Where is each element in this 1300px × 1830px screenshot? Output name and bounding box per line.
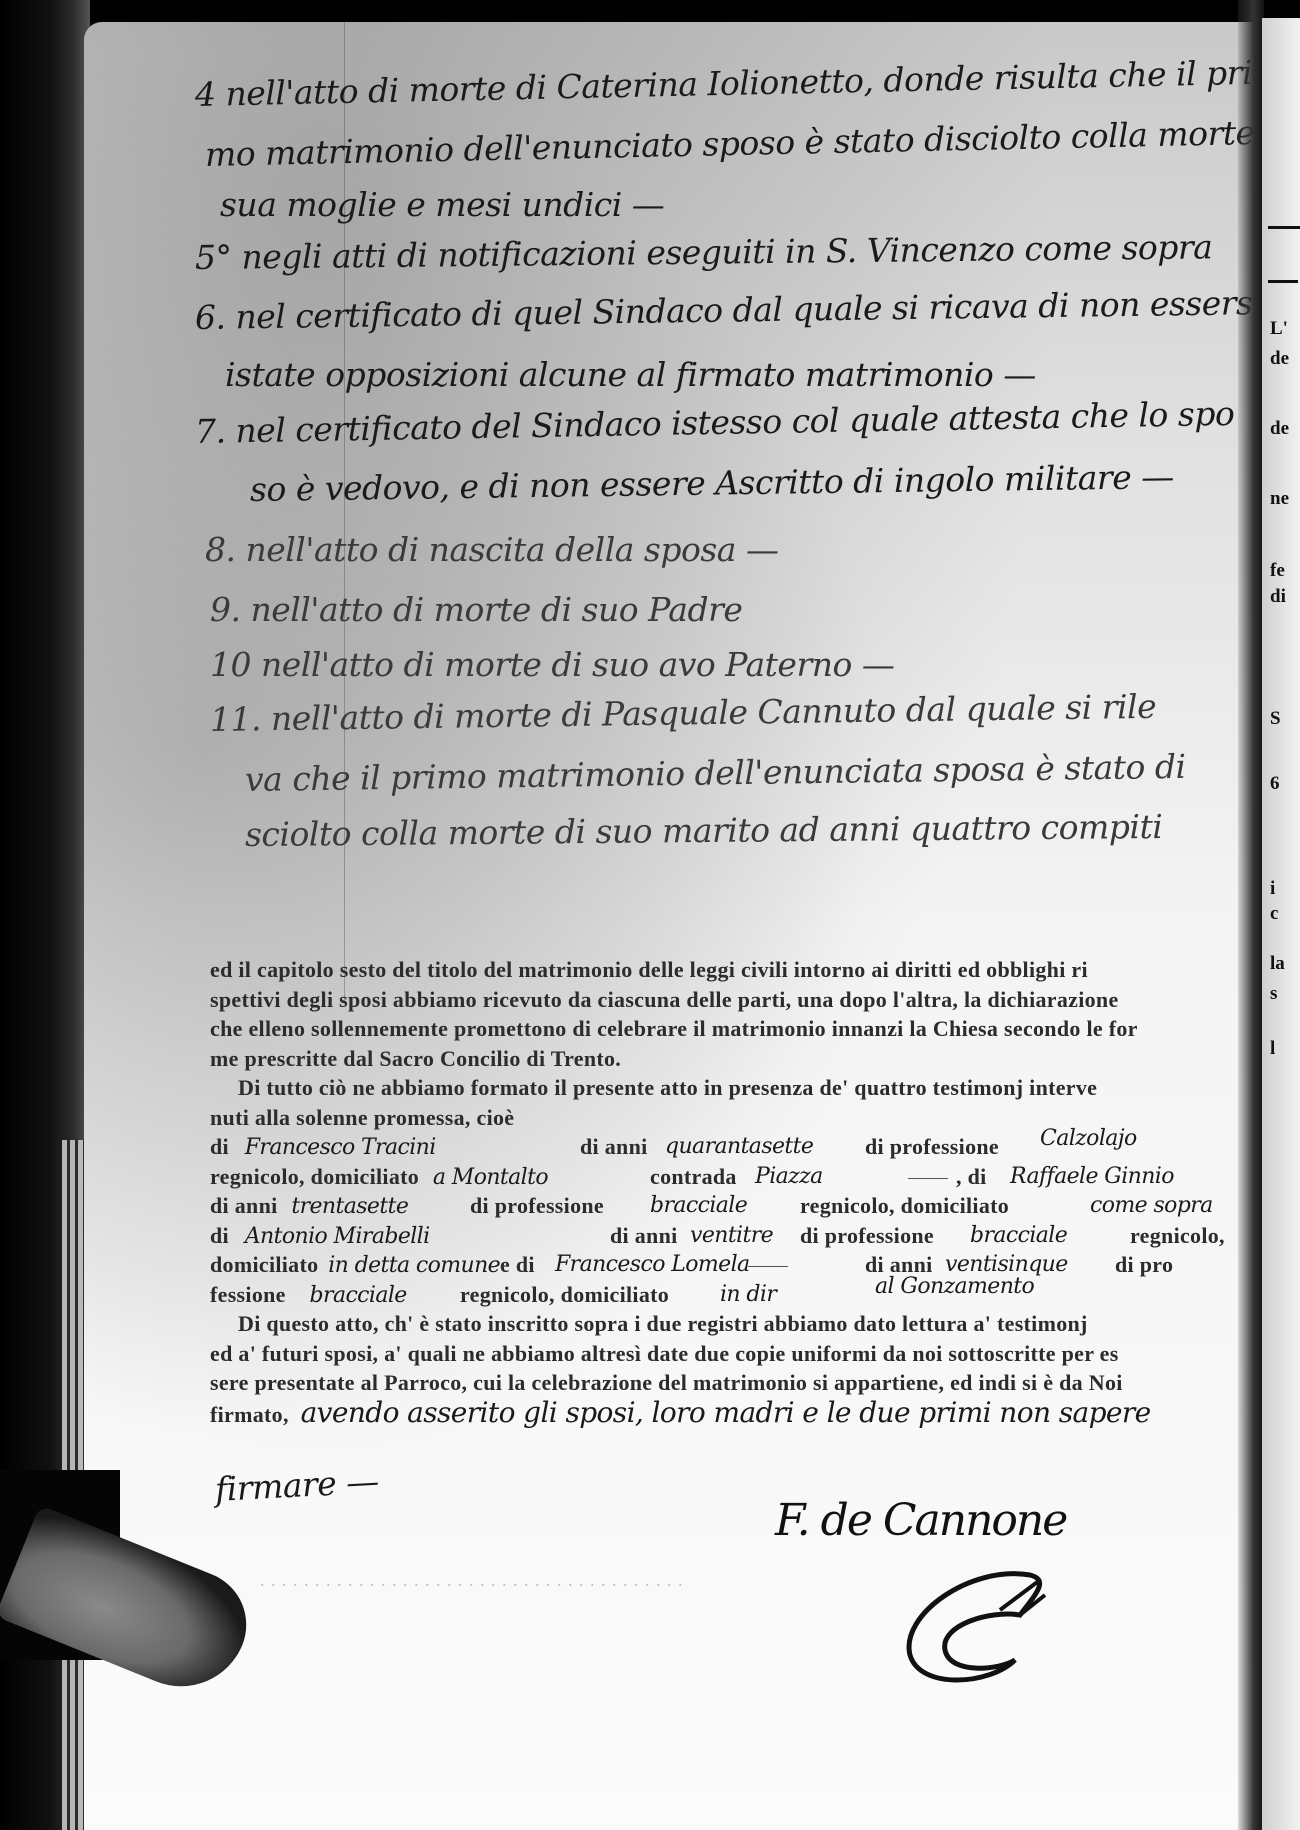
adjacent-page: L' de de ne fe di S 6 i c la s l — [1262, 18, 1300, 1830]
adjacent-fragment: L' — [1270, 318, 1288, 340]
witness-3-age: ventitre — [690, 1221, 773, 1251]
witness-4-name: Francesco Lomela — [555, 1250, 750, 1280]
printed-line-4: me prescritte dal Sacro Concilio di Tren… — [210, 1044, 1250, 1074]
bleed-through-text: . . . . . . . . . . . . . . . . . . . . … — [260, 1570, 684, 1591]
witness-2-profession: bracciale — [650, 1191, 747, 1221]
printed-line-5: Di tutto ciò ne abbiamo formato il prese… — [210, 1073, 1250, 1103]
witness-1-domicile: a Montalto — [433, 1165, 548, 1190]
closing-line-4: firmato, avendo asserito gli sposi, loro… — [210, 1398, 1250, 1428]
adjacent-page-rule — [1268, 280, 1298, 283]
witness-row-2: regnicolo, domiciliato a Montalto contra… — [210, 1162, 1250, 1192]
witness-1-name: Francesco Tracini — [245, 1135, 436, 1160]
printed-form-body: ed il capitolo sesto del titolo del matr… — [210, 955, 1250, 1427]
adjacent-page-rule — [1268, 226, 1300, 229]
adjacent-fragment: fe — [1270, 560, 1285, 582]
adjacent-fragment: l — [1270, 1038, 1275, 1060]
officer-signature: F. de Cannone — [775, 1495, 1066, 1546]
adjacent-fragment: di — [1270, 586, 1286, 608]
witness-3-profession: bracciale — [970, 1221, 1067, 1251]
witness-row-3: di anni trentasette di professione bracc… — [210, 1191, 1250, 1221]
adjacent-fragment: i — [1270, 878, 1275, 900]
hw-closing-line-1: avendo asserito gli sposi, loro madri e … — [301, 1396, 1151, 1429]
hw-item-9: 9. nell'atto di morte di suo Padre — [210, 590, 742, 629]
hw-item-6-line-2: istate opposizioni alcune al firmato mat… — [225, 355, 1036, 394]
scan-top-border — [0, 0, 1300, 22]
witness-1-contrada: Piazza — [755, 1162, 823, 1192]
witness-3-domicile: in detta comune — [328, 1253, 500, 1278]
closing-line-3: sere presentate al Parroco, cui la celeb… — [210, 1368, 1250, 1398]
witness-4-profession: bracciale — [310, 1283, 407, 1308]
witness-1-profession: Calzolajo — [1040, 1124, 1137, 1154]
book-gutter — [1238, 0, 1264, 1830]
witness-4-extra: al Gonzamento — [875, 1272, 1034, 1302]
adjacent-fragment: s — [1270, 983, 1277, 1005]
witness-row-4: di Antonio Mirabelli di anni ventitre di… — [210, 1221, 1250, 1251]
witness-2-age: trentasette — [291, 1194, 408, 1219]
adjacent-fragment: la — [1270, 953, 1285, 975]
adjacent-fragment: de — [1270, 348, 1289, 370]
witness-4-domicile: in dir — [720, 1280, 776, 1310]
hw-item-8: 8. nell'atto di nascita della sposa — — [205, 530, 778, 569]
witness-1-age: quarantasette — [665, 1132, 813, 1162]
witness-2-name: Raffaele Ginnio — [1010, 1162, 1174, 1192]
adjacent-fragment: c — [1270, 903, 1278, 925]
hw-item-11-line-3: sciolto colla morte di suo marito ad ann… — [245, 807, 1163, 854]
adjacent-fragment: ne — [1270, 488, 1289, 510]
hw-item-10: 10 nell'atto di morte di suo avo Paterno… — [210, 645, 894, 684]
printed-line-2: spettivi degli sposi abbiamo ricevuto da… — [210, 985, 1250, 1015]
adjacent-fragment: de — [1270, 418, 1289, 440]
witness-2-domicile: come sopra — [1090, 1191, 1213, 1221]
witness-row-5: domiciliato in detta comune e di Frances… — [210, 1250, 1250, 1280]
adjacent-fragment: S — [1270, 708, 1281, 730]
printed-line-3: che elleno sollennemente promettono di c… — [210, 1014, 1250, 1044]
printed-line-1: ed il capitolo sesto del titolo del matr… — [210, 955, 1250, 985]
witness-3-name: Antonio Mirabelli — [245, 1224, 430, 1249]
witness-row-6: fessione bracciale regnicolo, domiciliat… — [210, 1280, 1250, 1310]
signature-flourish-icon — [880, 1555, 1080, 1695]
closing-line-2: ed a' futuri sposi, a' quali ne abbiamo … — [210, 1339, 1250, 1369]
hw-item-4-line-3: sua moglie e mesi undici — — [220, 185, 664, 224]
witness-row-1: di Francesco Tracini di anni quarantaset… — [210, 1132, 1250, 1162]
closing-line-1: Di questo atto, ch' è stato inscritto so… — [210, 1309, 1250, 1339]
adjacent-fragment: 6 — [1270, 773, 1280, 795]
